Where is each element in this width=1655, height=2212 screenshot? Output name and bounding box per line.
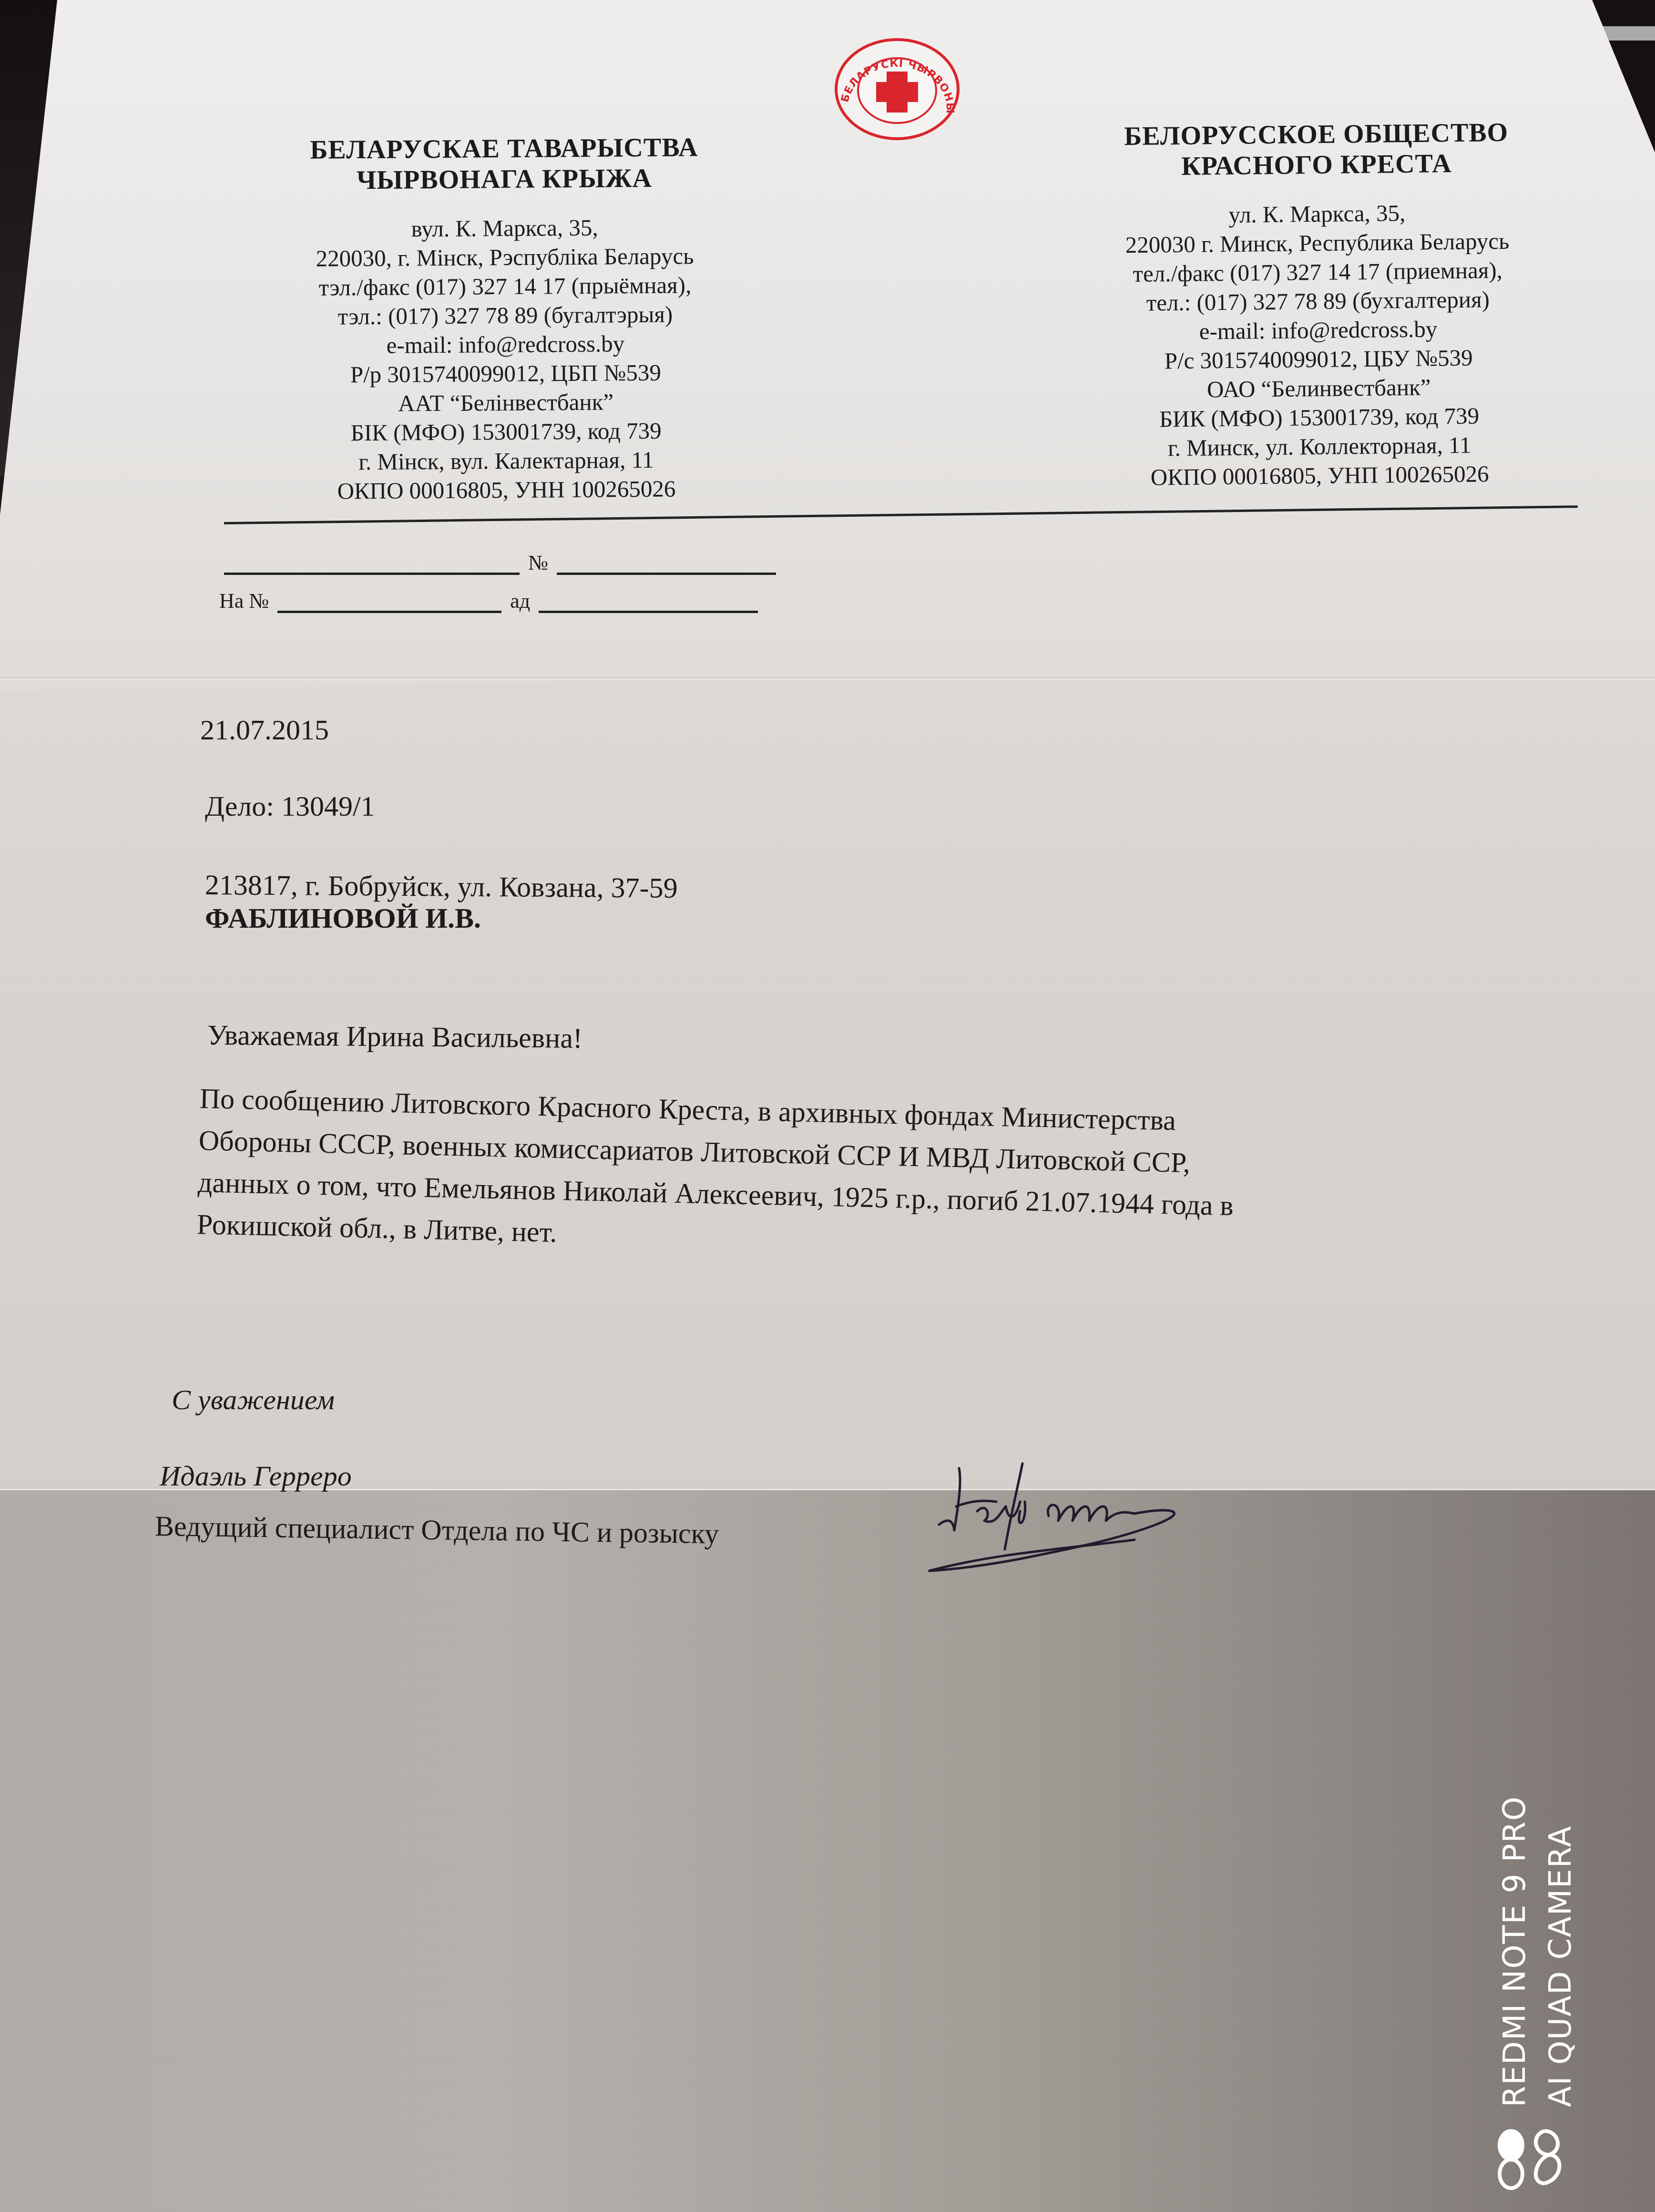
bank-account-line: Р/р 3015740099012, ЦБП №539 — [205, 357, 806, 390]
date-blank — [224, 573, 520, 575]
okpo-line: ОКПО 00016805, УНН 100265026 — [206, 473, 807, 507]
phone-fax-line: тэл./факс (017) 327 14 17 (прыёмная), — [204, 270, 805, 303]
bank-address-line: г. Мінск, вул. Калектарная, 11 — [206, 444, 807, 478]
recipient-name: ФАБЛИНОВОЙ И.В. — [205, 901, 481, 935]
from-blank — [539, 611, 758, 613]
bank-name-line: ААТ “Белінвестбанк” — [205, 386, 806, 420]
number-label: № — [528, 551, 548, 575]
address-line: вул. К. Маркса, 35, — [204, 212, 805, 245]
letterhead-russian: БЕЛОРУССКОЕ ОБЩЕСТВО КРАСНОГО КРЕСТА ул.… — [1004, 116, 1632, 493]
outgoing-number-row: № — [224, 551, 776, 575]
camera-watermark: REDMI NOTE 9 PRO AI QUAD CAMERA — [1492, 1583, 1597, 2107]
reply-to-blank — [277, 611, 501, 613]
bic-line: БІК (МФО) 153001739, код 739 — [205, 415, 806, 449]
letter-date: 21.07.2015 — [200, 713, 329, 747]
from-label: ад — [510, 589, 530, 613]
signature-icon — [925, 1454, 1287, 1573]
city-line: 220030, г. Мінск, Рэспубліка Беларусь — [204, 241, 805, 274]
reply-to-row: На № ад — [219, 589, 758, 613]
letter-lower-section — [0, 1487, 1655, 2212]
red-cross-emblem-icon: БЕЛАРУСКІ ЧЫРВОНЫ КРЫЖ — [833, 37, 961, 141]
letterhead-belarusian: БЕЛАРУСКАЕ ТАВАРЫСТВА ЧЫРВОНАГА КРЫЖА ву… — [204, 132, 807, 507]
case-number: Дело: 13049/1 — [205, 789, 375, 823]
greeting: Уважаемая Ирина Васильевна! — [207, 1018, 583, 1055]
letter-paragraph: По сообщению Литовского Красного Креста,… — [196, 1077, 1477, 1274]
number-blank — [557, 573, 776, 575]
fold-line-top — [0, 677, 1655, 680]
reply-to-label: На № — [219, 589, 269, 613]
camera-logo-icon — [1492, 2117, 1568, 2193]
email-line: e-mail: info@redcross.by — [205, 328, 806, 361]
phone-accounting-line: тэл.: (017) 327 78 89 (бугалтэрыя) — [205, 299, 806, 332]
org-name-russian: БЕЛОРУССКОЕ ОБЩЕСТВО КРАСНОГО КРЕСТА — [1004, 116, 1629, 184]
signer-name: Идаэль Герреро — [160, 1459, 352, 1493]
recipient-address: 213817, г. Бобруйск, ул. Ковзана, 37-59 — [205, 868, 678, 905]
org-name-belarusian: БЕЛАРУСКАЕ ТАВАРЫСТВА ЧЫРВОНАГА КРЫЖА — [204, 132, 805, 197]
closing: С уважением — [172, 1382, 335, 1417]
